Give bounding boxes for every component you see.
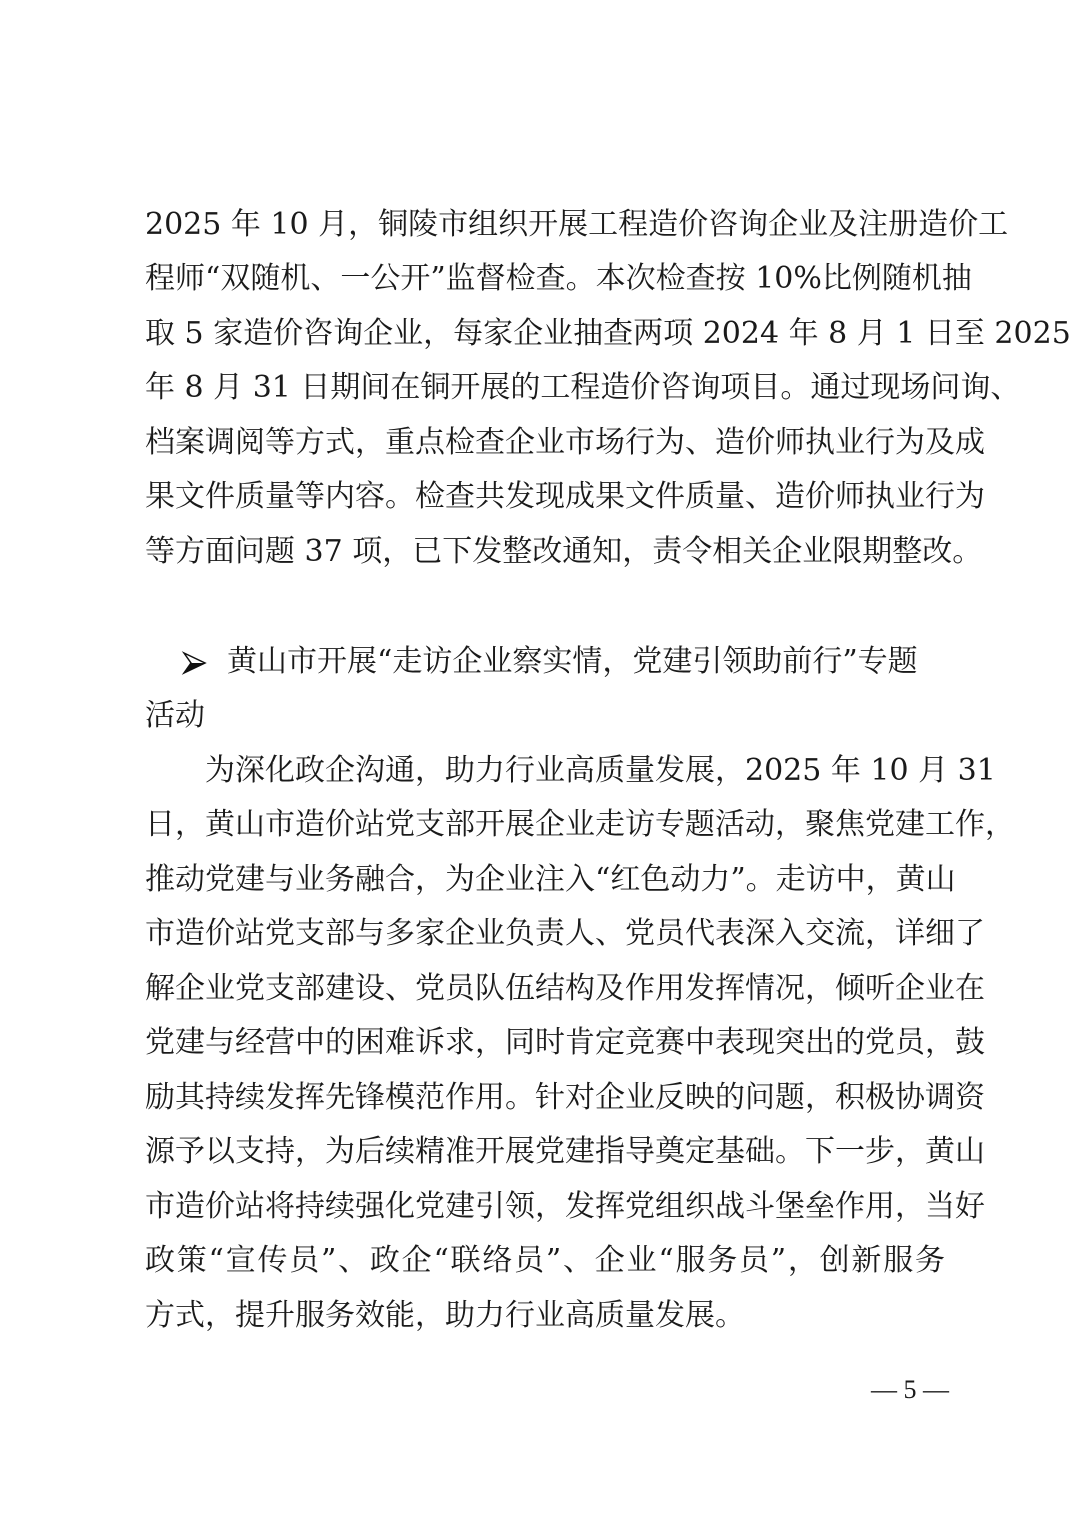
heading-line: 活动 [145, 696, 945, 736]
text-line: 推动党建与业务融合，为企业注入“红色动力”。走访中，黄山 [145, 860, 945, 900]
text-line: 档案调阅等方式，重点检查企业市场行为、造价师执业行为及成 [145, 423, 945, 463]
text-line: 2025 年 10 月，铜陵市组织开展工程造价咨询企业及注册造价工 [145, 205, 945, 245]
text-line: 党建与经营中的困难诉求，同时肯定竞赛中表现突出的党员，鼓 [145, 1023, 945, 1063]
text-line: 源予以支持，为后续精准开展党建指导奠定基础。下一步，黄山 [145, 1132, 945, 1172]
arrow-bullet-icon [181, 642, 217, 682]
text-line: 政策“宣传员”、政企“联络员”、企业“服务员”，创新服务 [145, 1241, 945, 1281]
text-line: 为深化政企沟通，助力行业高质量发展，2025 年 10 月 31 [205, 751, 945, 791]
text-line: 果文件质量等内容。检查共发现成果文件质量、造价师执业行为 [145, 477, 945, 517]
text-line: 等方面问题 37 项，已下发整改通知，责令相关企业限期整改。 [145, 532, 945, 572]
document-page: 2025 年 10 月，铜陵市组织开展工程造价咨询企业及注册造价工 程师“双随机… [0, 0, 1080, 1527]
page-number: — 5 — [870, 1372, 950, 1408]
text-line: 市造价站将持续强化党建引领，发挥党组织战斗堡垒作用，当好 [145, 1187, 945, 1227]
heading-text: 黄山市开展“走访企业察实情，党建引领助前行”专题 [227, 644, 918, 679]
text-line: 励其持续发挥先锋模范作用。针对企业反映的问题，积极协调资 [145, 1078, 945, 1118]
heading-line: 黄山市开展“走访企业察实情，党建引领助前行”专题 [145, 642, 945, 682]
text-line: 市造价站党支部与多家企业负责人、党员代表深入交流，详细了 [145, 914, 945, 954]
text-line: 日，黄山市造价站党支部开展企业走访专题活动，聚焦党建工作， [145, 805, 945, 845]
text-line: 程师“双随机、一公开”监督检查。本次检查按 10%比例随机抽 [145, 259, 945, 299]
text-line: 年 8 月 31 日期间在铜开展的工程造价咨询项目。通过现场问询、 [145, 368, 945, 408]
text-line: 取 5 家造价咨询企业，每家企业抽查两项 2024 年 8 月 1 日至 202… [145, 314, 945, 354]
text-line: 方式，提升服务效能，助力行业高质量发展。 [145, 1296, 945, 1336]
text-line: 解企业党支部建设、党员队伍结构及作用发挥情况，倾听企业在 [145, 969, 945, 1009]
